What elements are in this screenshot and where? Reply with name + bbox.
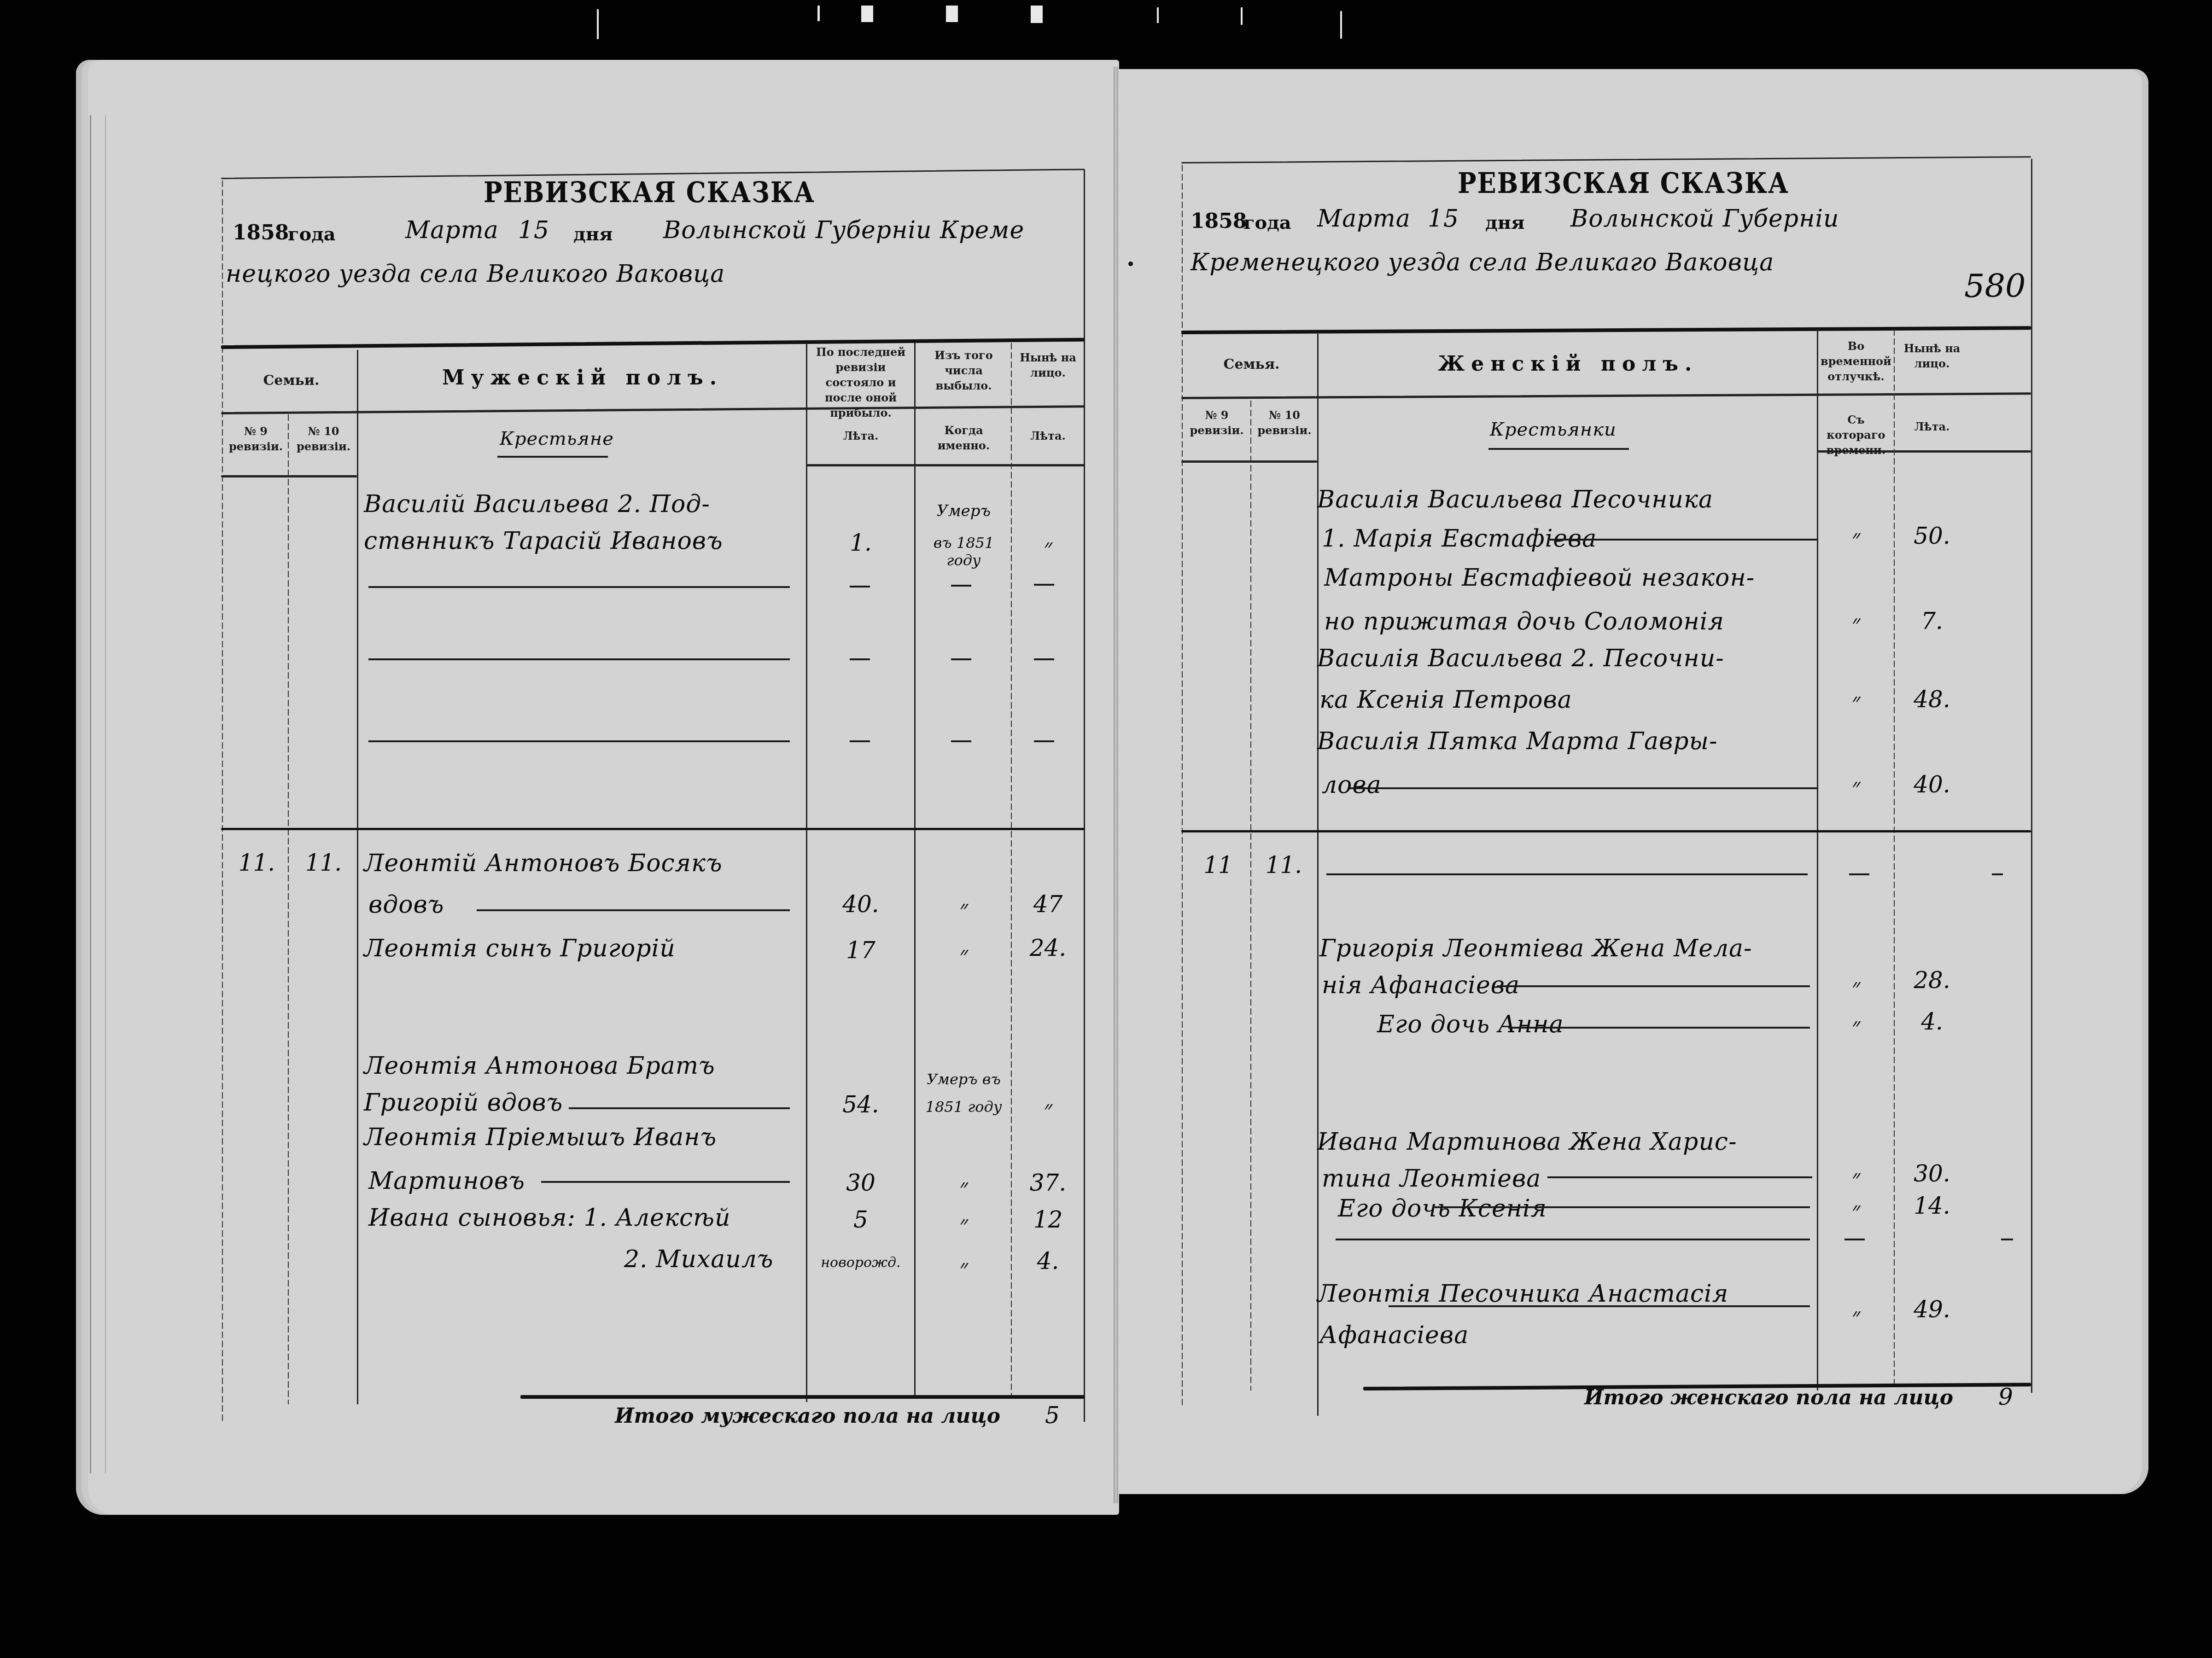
right-entry-since: ״ xyxy=(1819,610,1893,637)
left-family-divider xyxy=(221,828,1085,830)
left-dash xyxy=(1034,658,1054,660)
right-entry-text: тина Леонтіева xyxy=(1322,1165,1541,1193)
right-entry-since: ״ xyxy=(1819,1013,1893,1040)
left-entry-when: ״ xyxy=(916,942,1011,968)
right-entry-since: ״ xyxy=(1819,688,1893,715)
left-dash xyxy=(951,740,971,742)
left-entry-text: вдовъ xyxy=(368,891,444,919)
left-families-header: Семьи. xyxy=(226,373,357,388)
right-fill-line xyxy=(1547,539,1817,541)
right-fill-line xyxy=(1349,787,1817,789)
right-fill-line xyxy=(1508,1027,1810,1029)
right-entry-text: Его дочь Ксенія xyxy=(1338,1195,1547,1222)
right-entry-text: Григорія Леонтіева Жена Мела- xyxy=(1319,935,1752,962)
left-entry-text: Леонтія сынъ Григорій xyxy=(364,935,676,962)
left-entry-years: 1. xyxy=(808,529,913,556)
right-sub-no10: № 10 ревизіи. xyxy=(1253,407,1316,438)
right-entry-text: Василія Васильева 2. Песочни- xyxy=(1317,645,1724,672)
left-day: 15 xyxy=(518,216,549,244)
right-year-word: года xyxy=(1243,212,1291,233)
left-sub-no9: № 9 ревизіи. xyxy=(225,424,287,454)
left-fill-line xyxy=(477,909,790,911)
left-sub-years2: Лѣта. xyxy=(1012,428,1084,443)
ink-dot xyxy=(1128,262,1133,266)
right-dash xyxy=(1849,873,1869,875)
left-fill-line xyxy=(541,1181,790,1183)
right-entry-text: Леонтія Песочника Анастасія xyxy=(1317,1280,1728,1308)
right-year: 1858 xyxy=(1191,209,1247,233)
left-entry-now: 4. xyxy=(1012,1248,1084,1274)
ruler-mark xyxy=(1241,7,1243,25)
right-entry-since: ״ xyxy=(1819,774,1893,800)
right-sub-no9: № 9 ревизіи. xyxy=(1185,407,1249,438)
left-total-rule xyxy=(520,1395,1085,1399)
right-dash xyxy=(1844,1239,1865,1240)
left-entry-text: Леонтія Антонова Братъ xyxy=(364,1052,715,1080)
frame-left xyxy=(222,180,223,1424)
left-col-divider-name xyxy=(806,343,807,1402)
right-entry-text: нія Афанасіева xyxy=(1322,972,1520,999)
left-entry-now: 47 xyxy=(1012,891,1084,918)
right-entry-text: ка Ксенія Петрова xyxy=(1319,686,1572,714)
right-entry-now: 30. xyxy=(1895,1160,1969,1187)
left-entry-now: ״ xyxy=(1012,534,1084,561)
left-entry-no9: 11. xyxy=(228,849,286,876)
right-col-absence: Во временной отлучкѣ. xyxy=(1819,338,1893,384)
ruler-mark xyxy=(1157,7,1159,23)
right-col-divider-no xyxy=(1250,401,1251,1390)
right-entry-now: 7. xyxy=(1895,608,1969,634)
left-dash xyxy=(951,585,971,587)
left-dash xyxy=(951,658,971,660)
right-entry-now: 49. xyxy=(1895,1296,1969,1323)
left-entry-text: Леонтій Антоновъ Босякъ xyxy=(364,849,723,877)
right-entry-no9: 11 xyxy=(1188,852,1248,878)
page-stack-edge xyxy=(90,115,106,1473)
folio-number: 580 xyxy=(1964,267,2026,305)
left-entry-now: 24. xyxy=(1012,935,1084,961)
right-entry-no10: 11. xyxy=(1253,852,1315,878)
right-entry-since: ״ xyxy=(1819,1303,1893,1330)
left-fill-line xyxy=(569,1107,790,1109)
left-dash xyxy=(850,740,870,742)
right-fill-line xyxy=(1389,1305,1810,1307)
right-family-divider xyxy=(1181,830,2031,832)
left-entry-when: ״ xyxy=(916,1255,1011,1281)
left-entry-no10: 11. xyxy=(292,849,355,876)
right-entry-since: ״ xyxy=(1819,974,1893,1001)
left-sub-estate-underline xyxy=(497,456,608,458)
right-dash xyxy=(2001,1239,2013,1240)
right-entry-text: но прижитая дочь Соломонія xyxy=(1324,608,1724,635)
left-col-last-revision: По последней ревизіи состояло и после он… xyxy=(808,344,913,420)
left-entry-years: 54. xyxy=(808,1091,913,1118)
right-entry-text: Ивана Мартинова Жена Харис- xyxy=(1317,1128,1737,1156)
left-sub-years: Лѣта. xyxy=(808,428,913,443)
frame-right xyxy=(2031,159,2032,1393)
left-col-divider-when xyxy=(1011,343,1012,1397)
left-entry-years: 30 xyxy=(808,1169,913,1196)
left-blank-line xyxy=(368,586,790,588)
left-blank-line xyxy=(368,740,790,742)
left-section-title: Мужескій полъ. xyxy=(359,366,806,390)
left-sub-no10: № 10 ревизіи. xyxy=(290,424,357,454)
right-entry-now: 50. xyxy=(1895,523,1969,549)
left-col-departed: Изъ того числа выбыло. xyxy=(916,348,1011,393)
right-entry-text: Василія Васильева Песочника xyxy=(1317,486,1713,513)
left-year: 1858 xyxy=(233,221,289,244)
left-col-divider-years xyxy=(914,343,916,1397)
right-dash xyxy=(1992,873,2003,875)
right-day-word: дня xyxy=(1485,212,1525,233)
right-families-header: Семья. xyxy=(1186,357,1317,372)
right-entry-text: Его дочь Анна xyxy=(1377,1011,1564,1038)
left-entry-when: 1851 году xyxy=(916,1098,1011,1116)
left-entry-when: Умеръ въ xyxy=(916,1070,1011,1088)
left-entry-text: ствнникъ Тарасій Ивановъ xyxy=(364,527,723,555)
left-dash xyxy=(1034,740,1054,742)
right-entry-now: 4. xyxy=(1895,1008,1969,1035)
ruler-mark xyxy=(861,6,873,22)
right-col-now: Нынѣ на лицо. xyxy=(1895,341,1969,371)
right-entry-text: Афанасіева xyxy=(1319,1321,1469,1349)
book-gutter xyxy=(1114,67,1118,1503)
right-heading-line2: Кременецкого уезда села Великаго Ваковца xyxy=(1191,249,1774,276)
right-heading-rest: Волынской Губерніи xyxy=(1570,205,1839,233)
left-entry-when: ״ xyxy=(916,1211,1011,1238)
frame-right xyxy=(1084,169,1085,1422)
left-total-label: Итого мужескаго пола на лицо xyxy=(615,1404,1000,1428)
left-sub-estate: Крестьяне xyxy=(500,428,614,449)
left-sub-when: Когда именно. xyxy=(916,423,1011,453)
right-entry-since: ״ xyxy=(1819,1197,1893,1224)
left-entry-when: ״ xyxy=(916,1174,1011,1201)
right-fill-line xyxy=(1547,1176,1812,1178)
right-title: РЕВИЗСКАЯ СКАЗКА xyxy=(1458,166,1789,200)
right-entry-since: ״ xyxy=(1819,1165,1893,1192)
left-dash xyxy=(850,658,870,660)
right-section-title: Женскій полъ. xyxy=(1319,352,1817,376)
left-title: РЕВИЗСКАЯ СКАЗКА xyxy=(484,175,815,209)
left-entry-now: ״ xyxy=(1012,1096,1084,1123)
right-total-value: 9 xyxy=(1992,1384,2019,1410)
left-entry-now: 12 xyxy=(1012,1206,1084,1233)
left-dash xyxy=(1034,584,1054,586)
right-entry-text: Василія Пятка Марта Гавры- xyxy=(1317,727,1717,755)
left-entry-years: 17 xyxy=(808,937,913,964)
left-entry-text: Ивана сыновья: 1. Алексѣй xyxy=(368,1204,730,1232)
left-entry-years: 5 xyxy=(808,1206,913,1233)
right-entry-now: 14. xyxy=(1895,1193,1969,1219)
right-col-divider-since xyxy=(1894,329,1895,1388)
right-blank-line xyxy=(1336,1239,1810,1240)
left-month: Марта xyxy=(405,216,499,244)
left-col-divider-families xyxy=(357,350,358,1404)
left-total-value: 5 xyxy=(1039,1402,1066,1429)
right-col-divider-name xyxy=(1817,329,1818,1390)
left-dash xyxy=(850,586,870,588)
right-fill-line xyxy=(1435,1206,1810,1208)
right-sub-since: Съ котораго времени. xyxy=(1819,412,1893,458)
left-year-word: года xyxy=(288,223,336,245)
right-month: Марта xyxy=(1317,205,1411,233)
left-entry-text: Василій Васильева 2. Под- xyxy=(364,490,710,518)
left-entry-years: 40. xyxy=(808,891,913,918)
ruler-mark xyxy=(1031,6,1043,23)
left-heading-rest: Волынской Губерніи Креме xyxy=(663,216,1024,244)
right-sub-estate-underline xyxy=(1488,448,1629,450)
left-entry-when: въ 1851 году xyxy=(916,534,1011,569)
right-entry-now: 28. xyxy=(1895,967,1969,994)
left-heading-line2: нецкого уезда села Великого Ваковца xyxy=(226,260,725,288)
left-entry-text: Мартиновъ xyxy=(368,1167,525,1195)
right-subheader-rule-3 xyxy=(1181,460,1317,463)
left-entry-text: Леонтія Пріемышъ Иванъ xyxy=(364,1123,717,1151)
left-col-now: Нынѣ на лицо. xyxy=(1012,350,1084,380)
right-entry-now: 48. xyxy=(1895,686,1969,713)
left-subheader-rule-3 xyxy=(221,475,357,477)
left-blank-line xyxy=(368,658,790,660)
left-entry-now: 37. xyxy=(1012,1169,1084,1196)
right-sub-years: Лѣта. xyxy=(1895,419,1969,434)
right-sub-estate: Крестьянки xyxy=(1490,419,1617,440)
left-entry-when: Умеръ xyxy=(916,502,1011,520)
frame-left xyxy=(1182,165,1183,1408)
right-fill-line xyxy=(1497,985,1810,987)
left-day-word: дня xyxy=(573,223,613,245)
left-entry-years: новорожд. xyxy=(808,1255,913,1271)
ruler-mark xyxy=(1340,11,1342,39)
right-entry-text: лова xyxy=(1322,771,1382,799)
right-entry-now: 40. xyxy=(1895,771,1969,798)
ruler-mark xyxy=(946,6,958,22)
left-entry-when: ״ xyxy=(916,896,1011,922)
right-day: 15 xyxy=(1428,205,1459,233)
left-entry-text: 2. Михаилъ xyxy=(624,1245,773,1273)
left-col-divider-no xyxy=(288,414,289,1404)
right-entry-since: ״ xyxy=(1819,525,1893,552)
right-entry-text: Матроны Евстафіевой незакон- xyxy=(1324,564,1755,592)
left-entry-text: Григорій вдовъ xyxy=(364,1089,563,1117)
ruler-mark xyxy=(817,6,820,21)
right-blank-line xyxy=(1326,873,1808,875)
right-total-label: Итого женскаго пола на лицо xyxy=(1584,1386,1953,1409)
left-subheader-rule-2 xyxy=(806,464,1085,466)
ruler-mark xyxy=(597,9,599,39)
